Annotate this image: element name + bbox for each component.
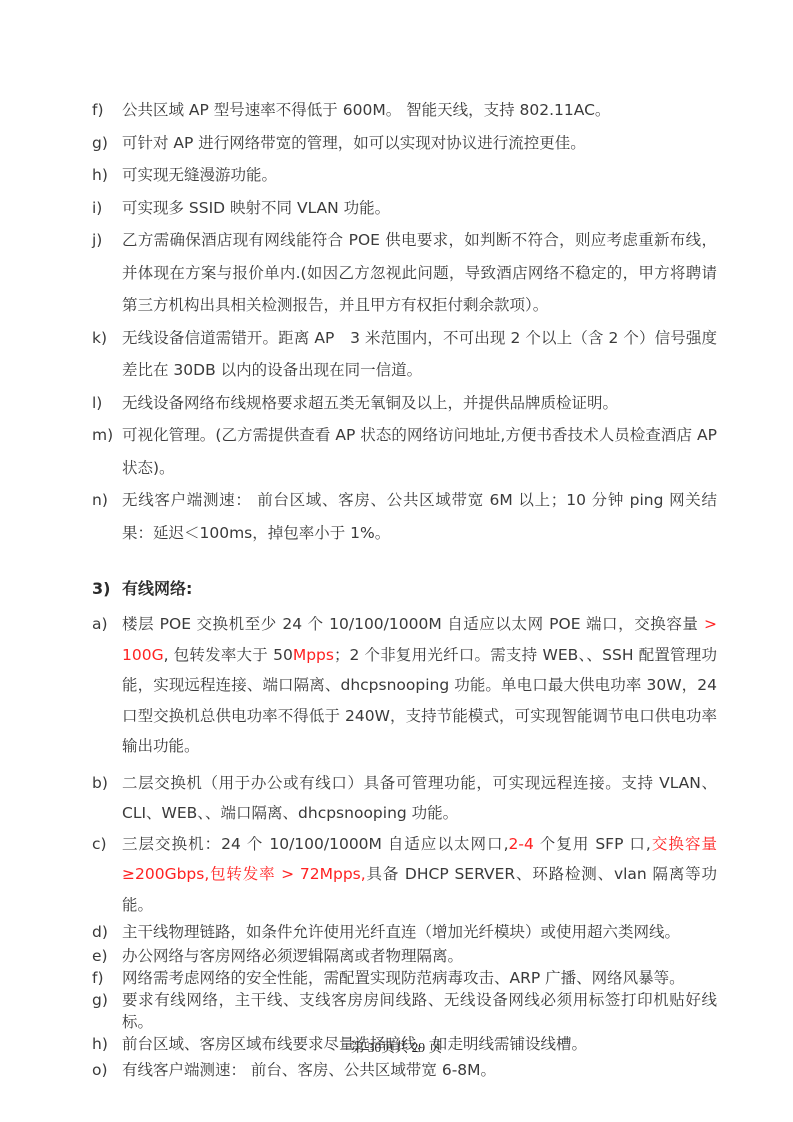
item-label: g)	[92, 127, 122, 160]
item-label: n)	[92, 484, 122, 549]
item-label: d)	[92, 920, 122, 945]
item-text: 无线客户端测速： 前台区域、客房、公共区域带宽 6M 以上；10 分钟 ping…	[122, 484, 717, 549]
highlight-red-text: Mpps	[293, 646, 334, 664]
list-item: k) 无线设备信道需错开。距离 AP 3 米范围内，不可出现 2 个以上（含 2…	[92, 322, 717, 387]
body-text: 二层交换机（用于办公或有线口）具备可管理功能，可实现远程连接。支持 VLAN、C…	[122, 774, 717, 823]
list-item: i) 可实现多 SSID 映射不同 VLAN 功能。	[92, 192, 717, 225]
list-item: c) 三层交换机：24 个 10/100/1000M 自适应以太网口,2-4 个…	[92, 829, 717, 921]
item-text: 楼层 POE 交换机至少 24 个 10/100/1000M 自适应以太网 PO…	[122, 609, 717, 762]
list-item: l) 无线设备网络布线规格要求超五类无氧铜及以上，并提供品牌质检证明。	[92, 387, 717, 420]
list-item: g) 要求有线网络，主干线、支线客房房间线路、无线设备网线必须用标签打印机贴好线…	[92, 989, 717, 1033]
item-label: f)	[92, 94, 122, 127]
body-text: , 包转发率大于 50	[164, 646, 293, 664]
item-text: 办公网络与客房网络必须逻辑隔离或者物理隔离。	[122, 945, 717, 967]
item-text: 主干线物理链路，如条件允许使用光纤直连（增加光纤模块）或使用超六类网线。	[122, 920, 717, 945]
body-text: 要求有线网络，主干线、支线客房房间线路、无线设备网线必须用标签打印机贴好线标。	[122, 991, 717, 1031]
body-text: 有线客户端测速： 前台、客房、公共区域带宽 6-8M。	[122, 1061, 496, 1079]
page-number-label: 第 30页共 29 页	[351, 1040, 442, 1055]
body-text: 可针对 AP 进行网络带宽的管理，如可以实现对协议进行流控更佳。	[122, 134, 586, 152]
item-label: h)	[92, 159, 122, 192]
body-text: 个复用 SFP 口,	[534, 835, 651, 853]
page-footer: 第 30页共 29 页	[0, 1036, 793, 1056]
highlight-red-text: 包转发率 > 72Mpps,	[209, 865, 365, 883]
item-text: 要求有线网络，主干线、支线客房房间线路、无线设备网线必须用标签打印机贴好线标。	[122, 989, 717, 1033]
item-text: 可针对 AP 进行网络带宽的管理，如可以实现对协议进行流控更佳。	[122, 127, 717, 160]
body-text: 楼层 POE 交换机至少 24 个 10/100/1000M 自适应以太网 PO…	[122, 615, 704, 633]
item-text: 三层交换机：24 个 10/100/1000M 自适应以太网口,2-4 个复用 …	[122, 829, 717, 921]
item-text: 可实现无缝漫游功能。	[122, 159, 717, 192]
item-label: k)	[92, 322, 122, 387]
item-label: j)	[92, 224, 122, 322]
item-label: f)	[92, 967, 122, 989]
item-text: 公共区域 AP 型号速率不得低于 600M。 智能天线，支持 802.11AC。	[122, 94, 717, 127]
document-page: f) 公共区域 AP 型号速率不得低于 600M。 智能天线，支持 802.11…	[0, 0, 793, 1122]
document-content: f) 公共区域 AP 型号速率不得低于 600M。 智能天线，支持 802.11…	[92, 94, 717, 1083]
item-text: 网络需考虑网络的安全性能，需配置实现防范病毒攻击、ARP 广播、网络风暴等。	[122, 967, 717, 989]
item-text: 无线设备网络布线规格要求超五类无氧铜及以上，并提供品牌质检证明。	[122, 387, 717, 420]
item-text: 无线设备信道需错开。距离 AP 3 米范围内，不可出现 2 个以上（含 2 个）…	[122, 322, 717, 387]
body-text: 可实现无缝漫游功能。	[122, 166, 277, 184]
item-label: g)	[92, 989, 122, 1033]
list-item: a) 楼层 POE 交换机至少 24 个 10/100/1000M 自适应以太网…	[92, 609, 717, 762]
section-heading: 3) 有线网络:	[92, 577, 717, 601]
body-text: 可视化管理。(乙方需提供查看 AP 状态的网络访问地址,方便书香技术人员检查酒店…	[122, 426, 717, 477]
list-item: f) 网络需考虑网络的安全性能，需配置实现防范病毒攻击、ARP 广播、网络风暴等…	[92, 967, 717, 989]
list-item: e) 办公网络与客房网络必须逻辑隔离或者物理隔离。	[92, 945, 717, 967]
item-text: 二层交换机（用于办公或有线口）具备可管理功能，可实现远程连接。支持 VLAN、C…	[122, 768, 717, 829]
list-item: b) 二层交换机（用于办公或有线口）具备可管理功能，可实现远程连接。支持 VLA…	[92, 768, 717, 829]
body-text: 办公网络与客房网络必须逻辑隔离或者物理隔离。	[122, 947, 463, 965]
item-text: 乙方需确保酒店现有网线能符合 POE 供电要求，如判断不符合，则应考虑重新布线，…	[122, 224, 717, 322]
body-text: 乙方需确保酒店现有网线能符合 POE 供电要求，如判断不符合，则应考虑重新布线，…	[122, 231, 717, 314]
item-label: c)	[92, 829, 122, 921]
body-text: 三层交换机：24 个 10/100/1000M 自适应以太网口,	[122, 835, 509, 853]
item-label: m)	[92, 419, 122, 484]
body-text: 网络需考虑网络的安全性能，需配置实现防范病毒攻击、ARP 广播、网络风暴等。	[122, 969, 685, 987]
item-label: i)	[92, 192, 122, 225]
list-item: o) 有线客户端测速： 前台、客房、公共区域带宽 6-8M。	[92, 1058, 717, 1083]
item-label: e)	[92, 945, 122, 967]
body-text: 主干线物理链路，如条件允许使用光纤直连（增加光纤模块）或使用超六类网线。	[122, 923, 680, 941]
item-label: o)	[92, 1058, 122, 1083]
wireless-requirements-list: f) 公共区域 AP 型号速率不得低于 600M。 智能天线，支持 802.11…	[92, 94, 717, 549]
list-item: g) 可针对 AP 进行网络带宽的管理，如可以实现对协议进行流控更佳。	[92, 127, 717, 160]
list-item: h) 可实现无缝漫游功能。	[92, 159, 717, 192]
highlight-red-text: 2-4	[509, 835, 534, 853]
list-item: j) 乙方需确保酒店现有网线能符合 POE 供电要求，如判断不符合，则应考虑重新…	[92, 224, 717, 322]
body-text: 公共区域 AP 型号速率不得低于 600M。 智能天线，支持 802.11AC。	[122, 101, 610, 119]
list-item: f) 公共区域 AP 型号速率不得低于 600M。 智能天线，支持 802.11…	[92, 94, 717, 127]
body-text: 无线设备网络布线规格要求超五类无氧铜及以上，并提供品牌质检证明。	[122, 394, 618, 412]
wired-requirements-list: a) 楼层 POE 交换机至少 24 个 10/100/1000M 自适应以太网…	[92, 609, 717, 1083]
section-title: 有线网络:	[122, 577, 192, 601]
body-text: 无线客户端测速： 前台区域、客房、公共区域带宽 6M 以上；10 分钟 ping…	[122, 491, 717, 542]
item-label: l)	[92, 387, 122, 420]
item-label: a)	[92, 609, 122, 762]
item-text: 有线客户端测速： 前台、客房、公共区域带宽 6-8M。	[122, 1058, 717, 1083]
list-item: m) 可视化管理。(乙方需提供查看 AP 状态的网络访问地址,方便书香技术人员检…	[92, 419, 717, 484]
list-item: d) 主干线物理链路，如条件允许使用光纤直连（增加光纤模块）或使用超六类网线。	[92, 920, 717, 945]
body-text: 无线设备信道需错开。距离 AP 3 米范围内，不可出现 2 个以上（含 2 个）…	[122, 329, 717, 380]
item-label: b)	[92, 768, 122, 829]
list-item: n) 无线客户端测速： 前台区域、客房、公共区域带宽 6M 以上；10 分钟 p…	[92, 484, 717, 549]
section-number: 3)	[92, 577, 122, 601]
item-text: 可实现多 SSID 映射不同 VLAN 功能。	[122, 192, 717, 225]
body-text: 可实现多 SSID 映射不同 VLAN 功能。	[122, 199, 390, 217]
item-text: 可视化管理。(乙方需提供查看 AP 状态的网络访问地址,方便书香技术人员检查酒店…	[122, 419, 717, 484]
